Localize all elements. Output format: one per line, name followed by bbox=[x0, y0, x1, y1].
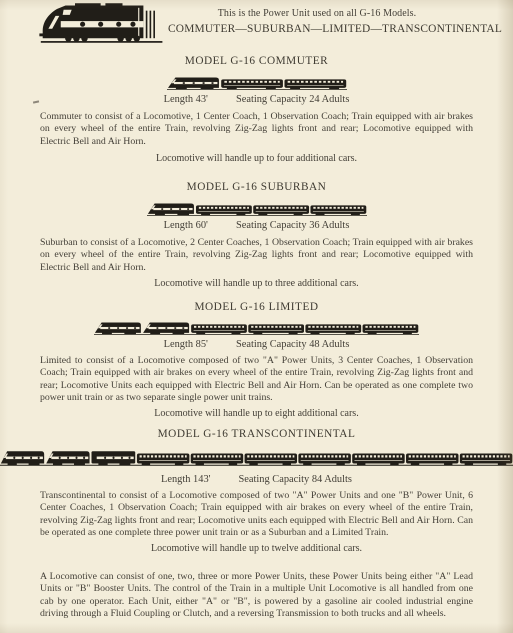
spec-line: Length 143'Seating Capacity 84 Adults bbox=[0, 474, 513, 485]
spec-line: Length 60'Seating Capacity 36 Adults bbox=[0, 220, 513, 231]
length-spec: Length 43' bbox=[164, 94, 208, 105]
models-line: COMMUTER—SUBURBAN—LIMITED—TRANSCONTINENT… bbox=[168, 23, 466, 35]
section-description: Suburban to consist of a Locomotive, 2 C… bbox=[40, 237, 473, 274]
header-text: This is the Power Unit used on all G-16 … bbox=[168, 8, 466, 35]
section-note: Locomotive will handle up to four additi… bbox=[0, 153, 513, 164]
limited-train-illustration bbox=[0, 318, 513, 335]
length-spec: Length 85' bbox=[164, 339, 208, 350]
section-suburban: MODEL G-16 SUBURBAN Length 60'Seating Ca… bbox=[0, 181, 513, 289]
seating-spec: Seating Capacity 36 Adults bbox=[236, 220, 349, 231]
intro-line: This is the Power Unit used on all G-16 … bbox=[168, 8, 466, 19]
commuter-train-illustration bbox=[0, 73, 513, 90]
spec-line: Length 85'Seating Capacity 48 Adults bbox=[0, 339, 513, 350]
catalog-page: This is the Power Unit used on all G-16 … bbox=[0, 0, 513, 633]
transcontinental-train-illustration bbox=[0, 446, 513, 466]
seating-spec: Seating Capacity 24 Adults bbox=[236, 94, 349, 105]
seating-spec: Seating Capacity 84 Adults bbox=[239, 474, 352, 485]
section-note: Locomotive will handle up to eight addit… bbox=[0, 408, 513, 419]
section-heading: MODEL G-16 LIMITED bbox=[0, 301, 513, 313]
section-description: Transcontinental to consist of a Locomot… bbox=[40, 490, 473, 540]
section-description: Limited to consist of a Locomotive compo… bbox=[40, 355, 473, 405]
section-heading: MODEL G-16 COMMUTER bbox=[0, 55, 513, 67]
section-transcontinental: MODEL G-16 TRANSCONTINENTAL Length 143'S… bbox=[0, 428, 513, 554]
spec-line: Length 43'Seating Capacity 24 Adults bbox=[0, 94, 513, 105]
section-limited: MODEL G-16 LIMITED Length 85'Seating Cap… bbox=[0, 301, 513, 419]
locomotive-general-paragraph: A Locomotive can consist of one, two, th… bbox=[40, 571, 473, 620]
section-note: Locomotive will handle up to twelve addi… bbox=[0, 543, 513, 554]
page-header: This is the Power Unit used on all G-16 … bbox=[0, 0, 513, 50]
length-spec: Length 143' bbox=[161, 474, 211, 485]
section-commuter: MODEL G-16 COMMUTER Length 43'Seating Ca… bbox=[0, 55, 513, 164]
length-spec: Length 60' bbox=[164, 220, 208, 231]
suburban-train-illustration bbox=[0, 199, 513, 216]
section-heading: MODEL G-16 TRANSCONTINENTAL bbox=[0, 428, 513, 440]
seating-spec: Seating Capacity 48 Adults bbox=[236, 339, 349, 350]
section-heading: MODEL G-16 SUBURBAN bbox=[0, 181, 513, 193]
section-description: Commuter to consist of a Locomotive, 1 C… bbox=[40, 111, 473, 148]
power-unit-locomotive-icon bbox=[37, 2, 170, 44]
section-note: Locomotive will handle up to three addit… bbox=[0, 278, 513, 289]
